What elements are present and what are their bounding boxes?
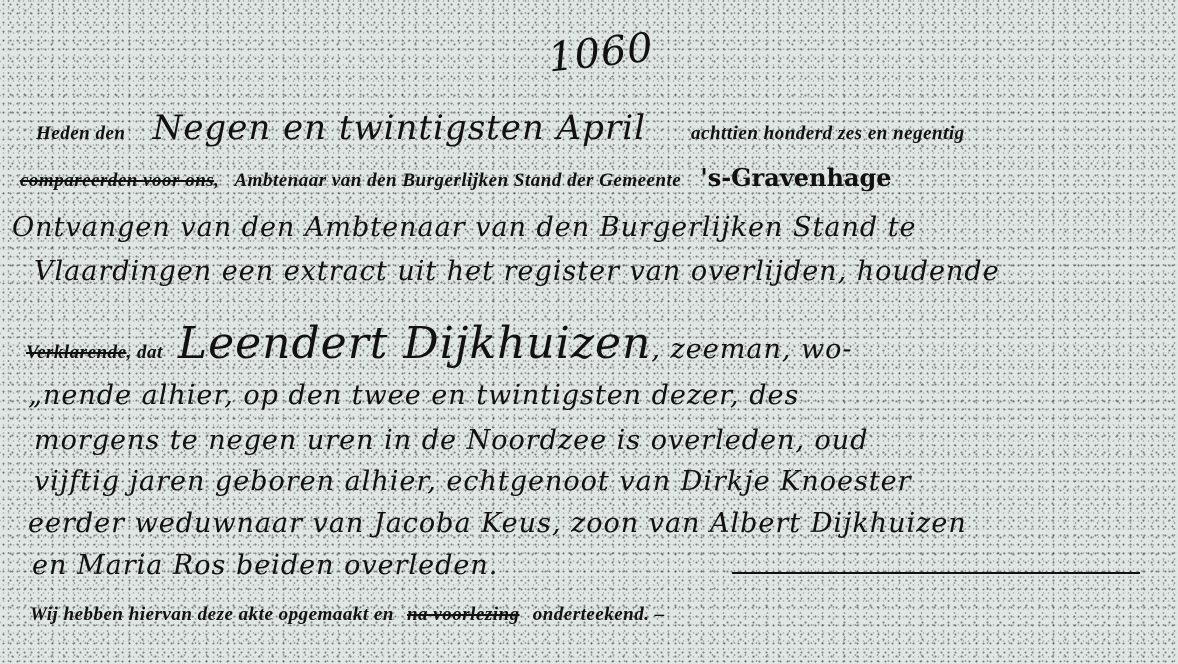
line-6: „nende alhier, op den twee en twintigste… — [28, 380, 799, 411]
line-4: Vlaardingen een extract uit het register… — [34, 256, 1000, 287]
deceased-name: Leendert Dijkhuizen — [178, 318, 652, 369]
municipality-name: 's-Gravenhage — [700, 163, 891, 192]
line-2: compareerden voor ons, Ambtenaar van den… — [20, 163, 892, 192]
printed-closing: Wij hebben hiervan deze akte opgemaakt e… — [30, 604, 394, 625]
line-7: morgens te negen uren in de Noordzee is … — [34, 425, 868, 456]
printed-heden-den: Heden den — [36, 123, 125, 144]
printed-year: achttien honderd zes en negentig — [691, 123, 965, 144]
line-1: Heden den Negen en twintigsten April ach… — [36, 108, 965, 148]
handwritten-date: Negen en twintigsten April — [153, 108, 646, 148]
line-5: Verklarende, dat Leendert Dijkhuizen, ze… — [26, 318, 852, 369]
line-3: Ontvangen van den Ambtenaar van den Burg… — [12, 212, 917, 243]
closing-rule — [732, 572, 1140, 574]
struck-compareerden: compareerden voor ons — [20, 170, 214, 191]
line-11: Wij hebben hiervan deze akte opgemaakt e… — [30, 604, 665, 626]
civil-record-page: 1060 Heden den Negen en twintigsten Apri… — [0, 0, 1178, 664]
record-number: 1060 — [546, 25, 656, 82]
struck-na-voorlezing: na voorlezing — [407, 604, 520, 625]
printed-dat: , dat — [127, 342, 163, 363]
occupation: , zeeman, wo- — [651, 334, 852, 365]
printed-ambtenaar: Ambtenaar van den Burgerlijken Stand der… — [235, 170, 682, 191]
printed-onderteekend: onderteekend. – — [533, 604, 665, 625]
line-9: eerder weduwnaar van Jacoba Keus, zoon v… — [28, 508, 967, 539]
comma: , — [214, 170, 219, 191]
struck-verklarende: Verklarende — [26, 342, 127, 363]
line-8: vijftig jaren geboren alhier, echtgenoot… — [34, 466, 912, 497]
line-10: en Maria Ros beiden overleden. — [32, 550, 498, 581]
